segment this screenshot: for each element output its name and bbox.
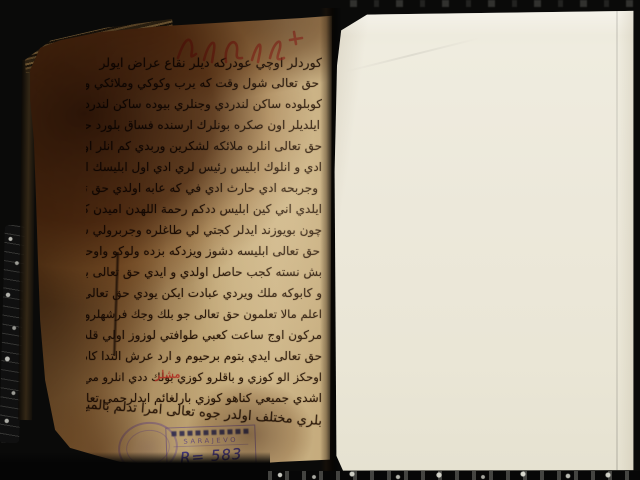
- page-edge-shade: [618, 10, 634, 472]
- manuscript-line: كوبلوده ساكن لندردي وجنلري بيوده ساكن لن…: [86, 94, 322, 115]
- red-ink-word: مشلر: [155, 368, 181, 382]
- manuscript-line: حق تعالى ابليسه دشوز ويزدكه بزده ولوكو و…: [86, 241, 320, 262]
- manuscript-line: چون بويوزند ايدلر كجتي لي طاغلره وجربرول…: [86, 220, 322, 241]
- page-fold-highlight: [334, 10, 634, 36]
- manuscript-line: بش نسته كجب حاصل اولدي و ايدي حق تعالى ب…: [86, 262, 322, 283]
- left-manuscript-page: كوردلر اوچي عودركه ديلر نقاع عراض ايولر …: [22, 14, 334, 466]
- red-scrawl-inscription: [170, 24, 316, 68]
- bottom-shadow: [0, 452, 270, 480]
- manuscript-line: ايلديلر اون صكره بونلرك ارسنده فساق بلور…: [86, 115, 320, 136]
- top-edge-marks: [350, 0, 640, 7]
- manuscript-line: اوحكز الو كوزي و باقلرو كوزي بولك ددي ان…: [86, 367, 322, 388]
- manuscript-line: و كابوكه ملك ويردي عبادت ايكن يودي حق تع…: [86, 283, 322, 304]
- manuscript-line: ادي و انلوك ابليس رئيس لري ادي اول ابليس…: [86, 157, 322, 178]
- manuscript-line: مركون اوج ساعت كعبي طوافتي لوزوز اولي قل…: [86, 325, 322, 346]
- manuscript-line: حق تعالى شول وقت كه يرب وكوكي وملائكي وج…: [86, 73, 319, 94]
- manuscript-photo: كوردلر اوچي عودركه ديلر نقاع عراض ايولر …: [0, 0, 640, 480]
- marbled-bottom-edge: [268, 471, 640, 480]
- manuscript-text-block: كوردلر اوچي عودركه ديلر نقاع عراض ايولر …: [86, 52, 322, 434]
- manuscript-line: حق تعالى انلره ملائكه لشكرين وربدي كم ان…: [86, 136, 322, 157]
- right-blank-page: [334, 10, 634, 472]
- manuscript-line: ايلدي اني كين ابليس ددكم رحمة اللهدن امي…: [86, 199, 322, 220]
- manuscript-line: اعلم مالا تعلمون حق تعالى جو بلك وجك فرش…: [86, 304, 322, 325]
- manuscript-line: حق تعالى ايدي بتوم برحيوم و ارد عرش التد…: [86, 346, 322, 367]
- manuscript-line: وجربحه ادي حارث ادي في كه عابه اولدي حق …: [86, 178, 318, 199]
